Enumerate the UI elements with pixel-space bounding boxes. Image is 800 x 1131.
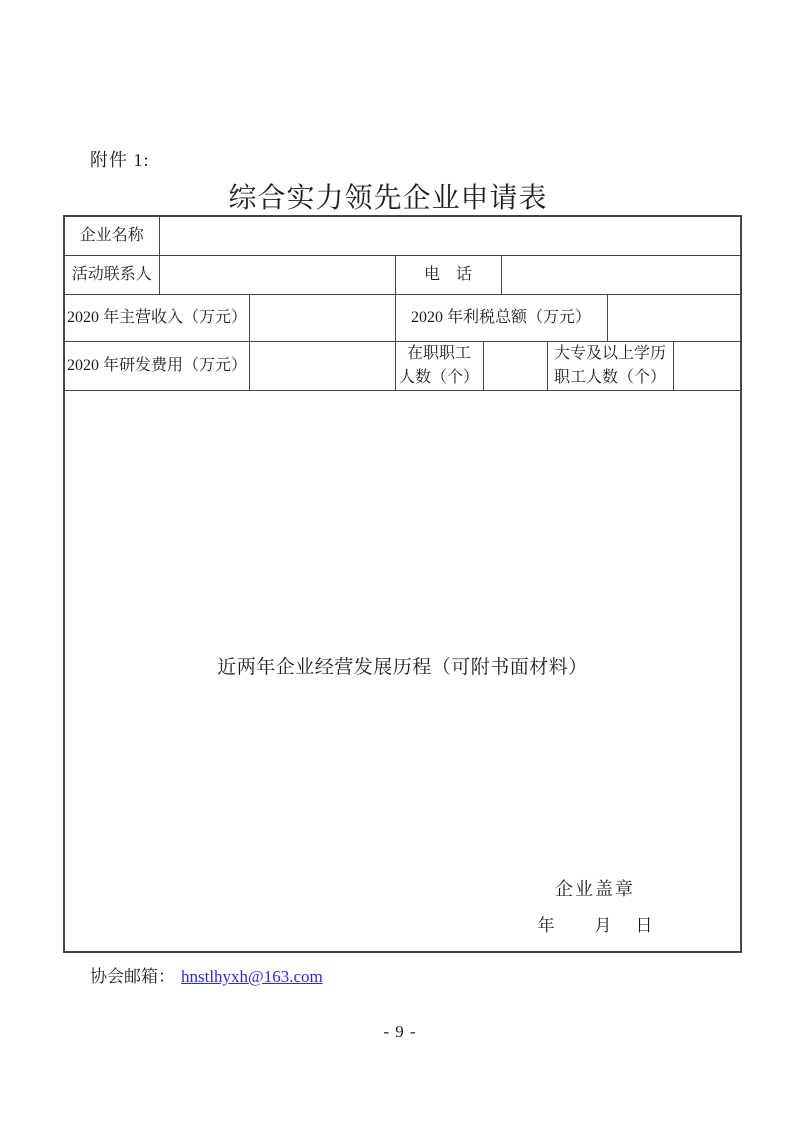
contact-label: 活动联系人: [64, 255, 159, 294]
history-section-header: 近两年企业经营发展历程（可附书面材料）: [67, 649, 738, 682]
company-seal-label: 企业盖章: [520, 876, 670, 902]
college-employees-label: 大专及以上学历 职工人数（个）: [547, 341, 673, 390]
application-table: 企业名称 活动联系人 电 话 2020 年主营收入（万元） 2020 年利税总额…: [63, 215, 742, 953]
attachment-label: 附件 1:: [90, 146, 150, 172]
footer-email: 协会邮箱：hnstlhyxh@163.com: [90, 962, 323, 987]
month-label: 月: [595, 914, 612, 939]
association-email-link[interactable]: hnstlhyxh@163.com: [181, 967, 323, 986]
contact-value-cell: [159, 255, 395, 294]
history-section: 近两年企业经营发展历程（可附书面材料） 企业盖章 年 月 日: [64, 390, 741, 952]
table-row: 企业名称: [64, 216, 741, 255]
table-row: 2020 年研发费用（万元） 在职职工 人数（个） 大专及以上学历 职工人数（个…: [64, 341, 741, 390]
year-label: 年: [538, 914, 555, 939]
employees-count-label-line2: 人数（个）: [398, 366, 481, 389]
seal-block: 企业盖章 年 月 日: [520, 876, 670, 939]
history-content-area: [67, 682, 738, 692]
revenue-2020-label: 2020 年主营收入（万元）: [64, 294, 249, 341]
table-row: 2020 年主营收入（万元） 2020 年利税总额（万元）: [64, 294, 741, 341]
phone-label: 电 话: [395, 255, 501, 294]
college-employees-label-line2: 职工人数（个）: [550, 366, 671, 389]
document-page: 附件 1: 综合实力领先企业申请表 企业名称 活动联系人 电 话 2020 年主…: [0, 0, 800, 1131]
page-number: - 9 -: [0, 1022, 800, 1042]
phone-value-cell: [501, 255, 741, 294]
employees-count-label: 在职职工 人数（个）: [395, 341, 483, 390]
college-employees-value-cell: [673, 341, 741, 390]
company-name-value-cell: [159, 216, 741, 255]
profit-tax-2020-value-cell: [607, 294, 741, 341]
employees-count-value-cell: [483, 341, 547, 390]
rd-expense-2020-label: 2020 年研发费用（万元）: [64, 341, 249, 390]
employees-count-label-line1: 在职职工: [398, 342, 481, 365]
company-name-label: 企业名称: [64, 216, 159, 255]
association-email-label: 协会邮箱：: [90, 967, 175, 986]
revenue-2020-value-cell: [249, 294, 395, 341]
college-employees-label-line1: 大专及以上学历: [550, 342, 671, 365]
profit-tax-2020-label: 2020 年利税总额（万元）: [395, 294, 607, 341]
rd-expense-2020-value-cell: [249, 341, 395, 390]
day-label: 日: [636, 914, 653, 939]
table-row: 活动联系人 电 话: [64, 255, 741, 294]
date-line: 年 月 日: [520, 914, 670, 939]
table-row: 近两年企业经营发展历程（可附书面材料） 企业盖章 年 月 日: [64, 390, 741, 952]
form-title: 综合实力领先企业申请表: [48, 176, 728, 216]
